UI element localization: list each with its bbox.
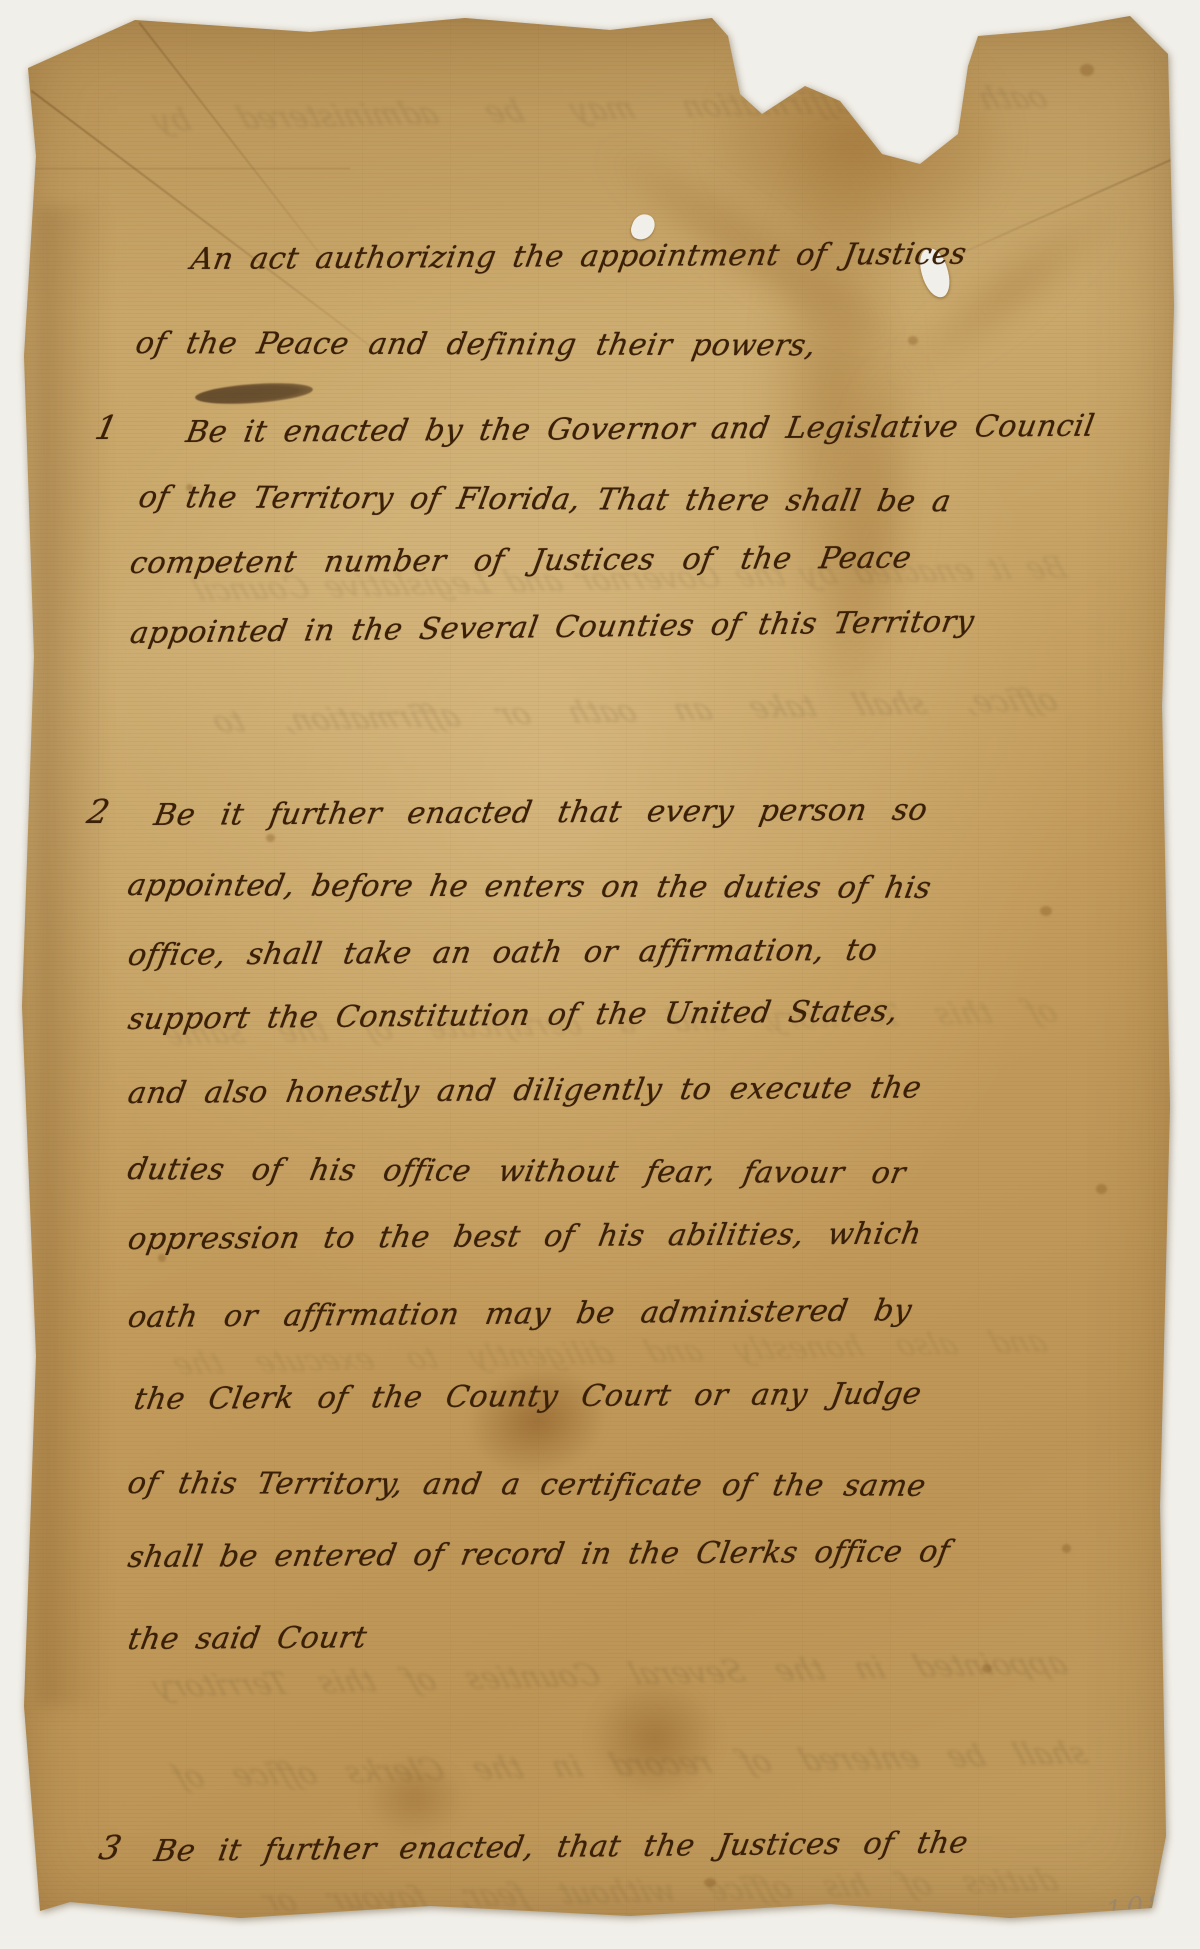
ink-blot (194, 380, 313, 407)
section-2-line: and also honestly and diligently to exec… (125, 1066, 925, 1116)
section-2-line: support the Constitution of the United S… (125, 990, 902, 1042)
section-2-line: oppression to the best of his abilities,… (125, 1212, 925, 1262)
section-2-line: of this Territory, and a certificate of … (124, 1462, 929, 1509)
section-2-line: shall be entered of record in the Clerks… (125, 1530, 923, 1580)
section-2-line: duties of his office without fear, favou… (124, 1148, 909, 1196)
manuscript-scan: oath or affirmation may be administered … (0, 0, 1200, 1949)
foxing-spot (1040, 906, 1052, 916)
section-1-number: 1 (92, 408, 121, 447)
bleedthrough-text: duties of his office without fear, favou… (257, 1864, 1062, 1920)
page-number-pencil: 108 (1105, 1887, 1169, 1928)
section-2-line: oath or affirmation may be administered … (125, 1289, 916, 1340)
bleedthrough-text: oath or affirmation may be administered … (148, 80, 1052, 139)
section-1-line: of the Territory of Florida, That there … (135, 476, 932, 524)
foxing-spot (1080, 64, 1094, 76)
section-1-line: Be it enacted by the Governor and Legisl… (183, 406, 971, 455)
section-2-line: office, shall take an oath or affirmatio… (125, 929, 881, 978)
section-2-line: the said Court (125, 1616, 433, 1662)
bleedthrough-text: office, shall take an oath or affirmatio… (208, 683, 1063, 740)
stain-top-center (700, 16, 1020, 266)
bleedthrough-text: shall be entered of record in the Clerks… (168, 1736, 1092, 1795)
section-2-number: 2 (84, 792, 113, 831)
section-3-number: 3 (96, 1828, 125, 1867)
paper-sheet: oath or affirmation may be administered … (10, 6, 1186, 1934)
section-1-line: appointed in the Several Counties of thi… (127, 601, 948, 656)
heading-line-1: An act authorizing the appointment of Ju… (188, 233, 916, 282)
section-1-line: competent number of Justices of the Peac… (127, 537, 915, 586)
foxing-spot (1062, 1544, 1071, 1553)
section-2-line: Be it further enacted that every person … (151, 789, 931, 838)
paper-shadow-wrap: oath or affirmation may be administered … (0, 0, 1200, 1949)
crease-top-right (950, 155, 1179, 259)
section-2-line: appointed, before he enters on the dutie… (124, 864, 913, 911)
heading-line-2: of the Peace and defining their powers, (132, 322, 819, 368)
section-2-line: the Clerk of the County Court or any Jud… (131, 1373, 925, 1422)
crease-top-left-2 (138, 22, 324, 260)
crease-horizontal (30, 168, 350, 169)
section-3-line: Be it further enacted, that the Justices… (151, 1821, 972, 1874)
foxing-spot (908, 336, 918, 345)
foxing-spot (1096, 1184, 1107, 1194)
stain-arm-right (870, 171, 1149, 411)
